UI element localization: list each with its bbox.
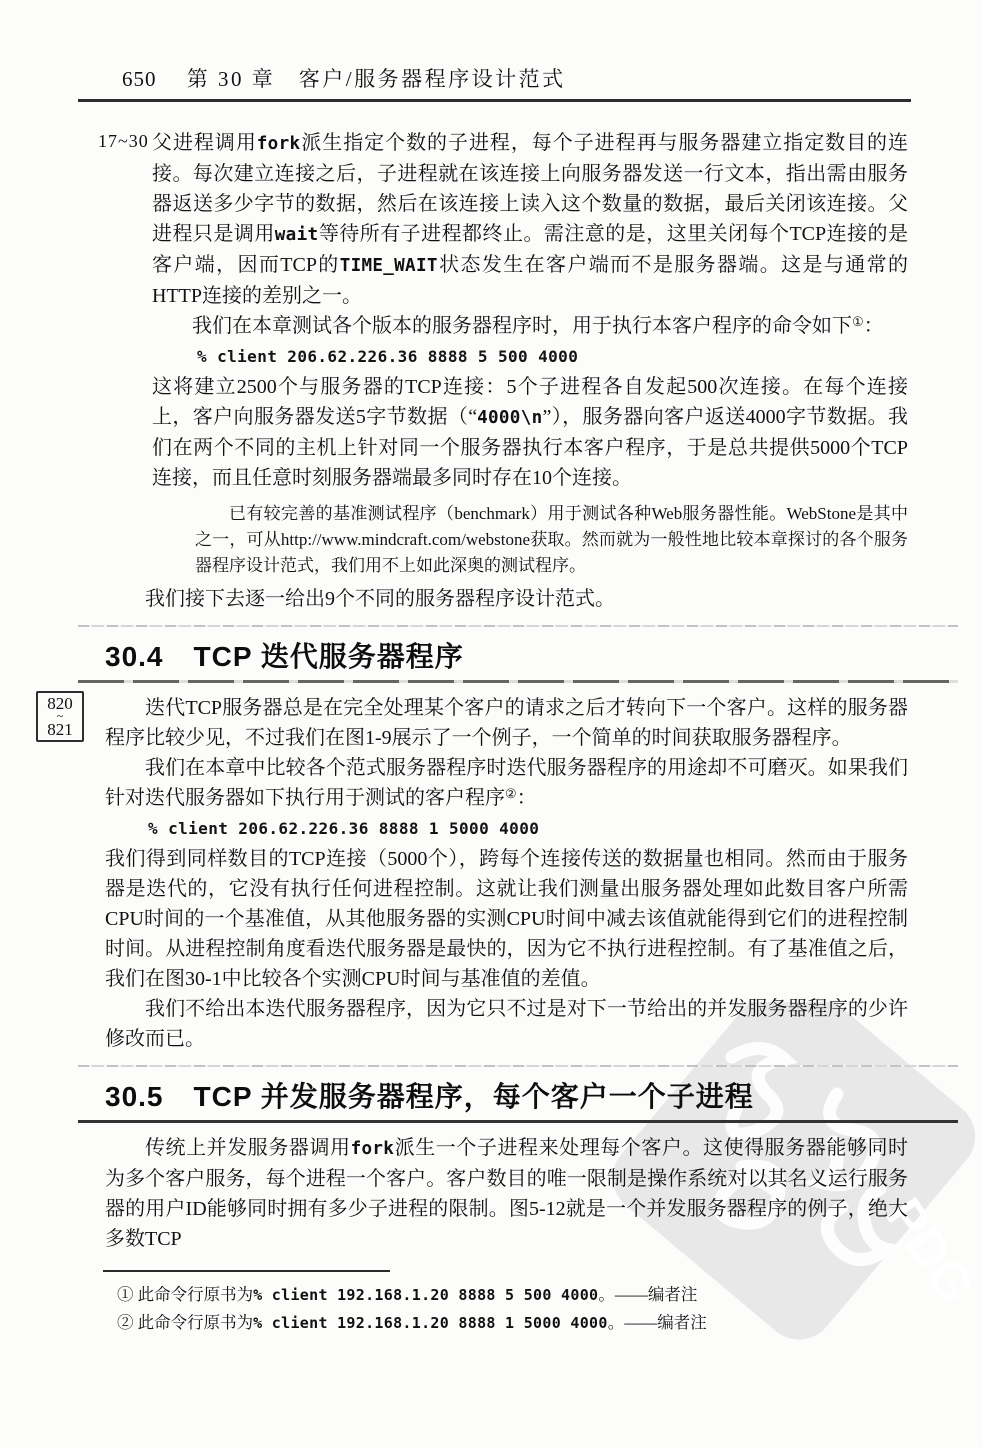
section-heading-line: 30.5TCP 并发服务器程序，每个客户一个子进程 [105, 1067, 908, 1120]
chapter-title: 第 30 章 客户/服务器程序设计范式 [187, 67, 566, 91]
page-range-margin-box: 820 ~ 821 [36, 691, 84, 742]
paragraph-lead-out: 我们接下去逐一给出9个不同的服务器程序设计范式。 [105, 584, 908, 614]
section-title: TCP 迭代服务器程序 [194, 641, 464, 672]
benchmark-note: 已有较完善的基准测试程序（benchmark）用于测试各种Web服务器性能。We… [195, 501, 908, 579]
code-line-range-label: 17~30 [98, 131, 149, 152]
page-number: 650 [122, 66, 157, 92]
shell-command-client-500: % client 206.62.226.36 8888 5 500 4000 [197, 347, 908, 366]
section-bottom-rule [78, 680, 958, 683]
paragraph-text: 迭代TCP服务器总是在完全处理某个客户的请求之后才转向下一个客户。这样的服务器程… [105, 697, 908, 749]
section-heading-line: 30.4TCP 迭代服务器程序 [105, 627, 908, 680]
code-lines-annotation-block: 17~30 父进程调用fork派生指定个数的子进程，每个子进程再与服务器建立指定… [152, 128, 908, 493]
section-heading-30-5: 30.5TCP 并发服务器程序，每个客户一个子进程 [105, 1065, 908, 1123]
margin-box-bottom: 821 [40, 721, 80, 738]
section-bottom-rule [78, 1120, 958, 1123]
paragraph-concurrent-server: 传统上并发服务器调用fork派生一个子进程来处理每个客户。这使得服务器能够同时为… [105, 1133, 908, 1254]
footnote-1: ① 此命令行原书为% client 192.168.1.20 8888 5 50… [105, 1281, 908, 1309]
paragraph-2500-connections: 这将建立2500个与服务器的TCP连接：5个子进程各自发起500次连接。在每个连… [152, 372, 908, 493]
paragraph-fork-description: 父进程调用fork派生指定个数的子进程，每个子进程再与服务器建立指定数目的连接。… [152, 128, 908, 311]
paragraph-cpu-baseline: 我们得到同样数目的TCP连接（5000个），跨每个连接传送的数据量也相同。然而由… [105, 844, 908, 994]
section-number: 30.5 [105, 1081, 164, 1112]
running-header: 650 第 30 章 客户/服务器程序设计范式 [105, 66, 908, 92]
paragraph-iterative-server: 820 ~ 821 迭代TCP服务器总是在完全处理某个客户的请求之后才转向下一个… [105, 693, 908, 753]
paragraph-not-shown: 我们不给出本迭代服务器程序，因为它只不过是对下一节给出的并发服务器程序的少许修改… [105, 994, 908, 1054]
paragraph-baseline-intro: 我们在本章中比较各个范式服务器程序时迭代服务器程序的用途却不可磨灭。如果我们针对… [105, 753, 908, 813]
page-content: 650 第 30 章 客户/服务器程序设计范式 17~30 父进程调用fork派… [0, 0, 983, 1337]
section-heading-30-4: 30.4TCP 迭代服务器程序 [105, 625, 908, 683]
scanned-book-page: PDG 650 第 30 章 客户/服务器程序设计范式 17~30 父进程调用f… [0, 0, 983, 1447]
header-rule [78, 99, 911, 102]
paragraph-command-intro: 我们在本章测试各个版本的服务器程序时，用于执行本客户程序的命令如下①： [152, 311, 908, 341]
section-number: 30.4 [105, 641, 164, 672]
footnote-2: ② 此命令行原书为% client 192.168.1.20 8888 1 50… [105, 1309, 908, 1337]
footnote-separator [103, 1270, 390, 1272]
section-title: TCP 并发服务器程序，每个客户一个子进程 [194, 1081, 754, 1112]
shell-command-client-5000: % client 206.62.226.36 8888 1 5000 4000 [148, 819, 908, 838]
